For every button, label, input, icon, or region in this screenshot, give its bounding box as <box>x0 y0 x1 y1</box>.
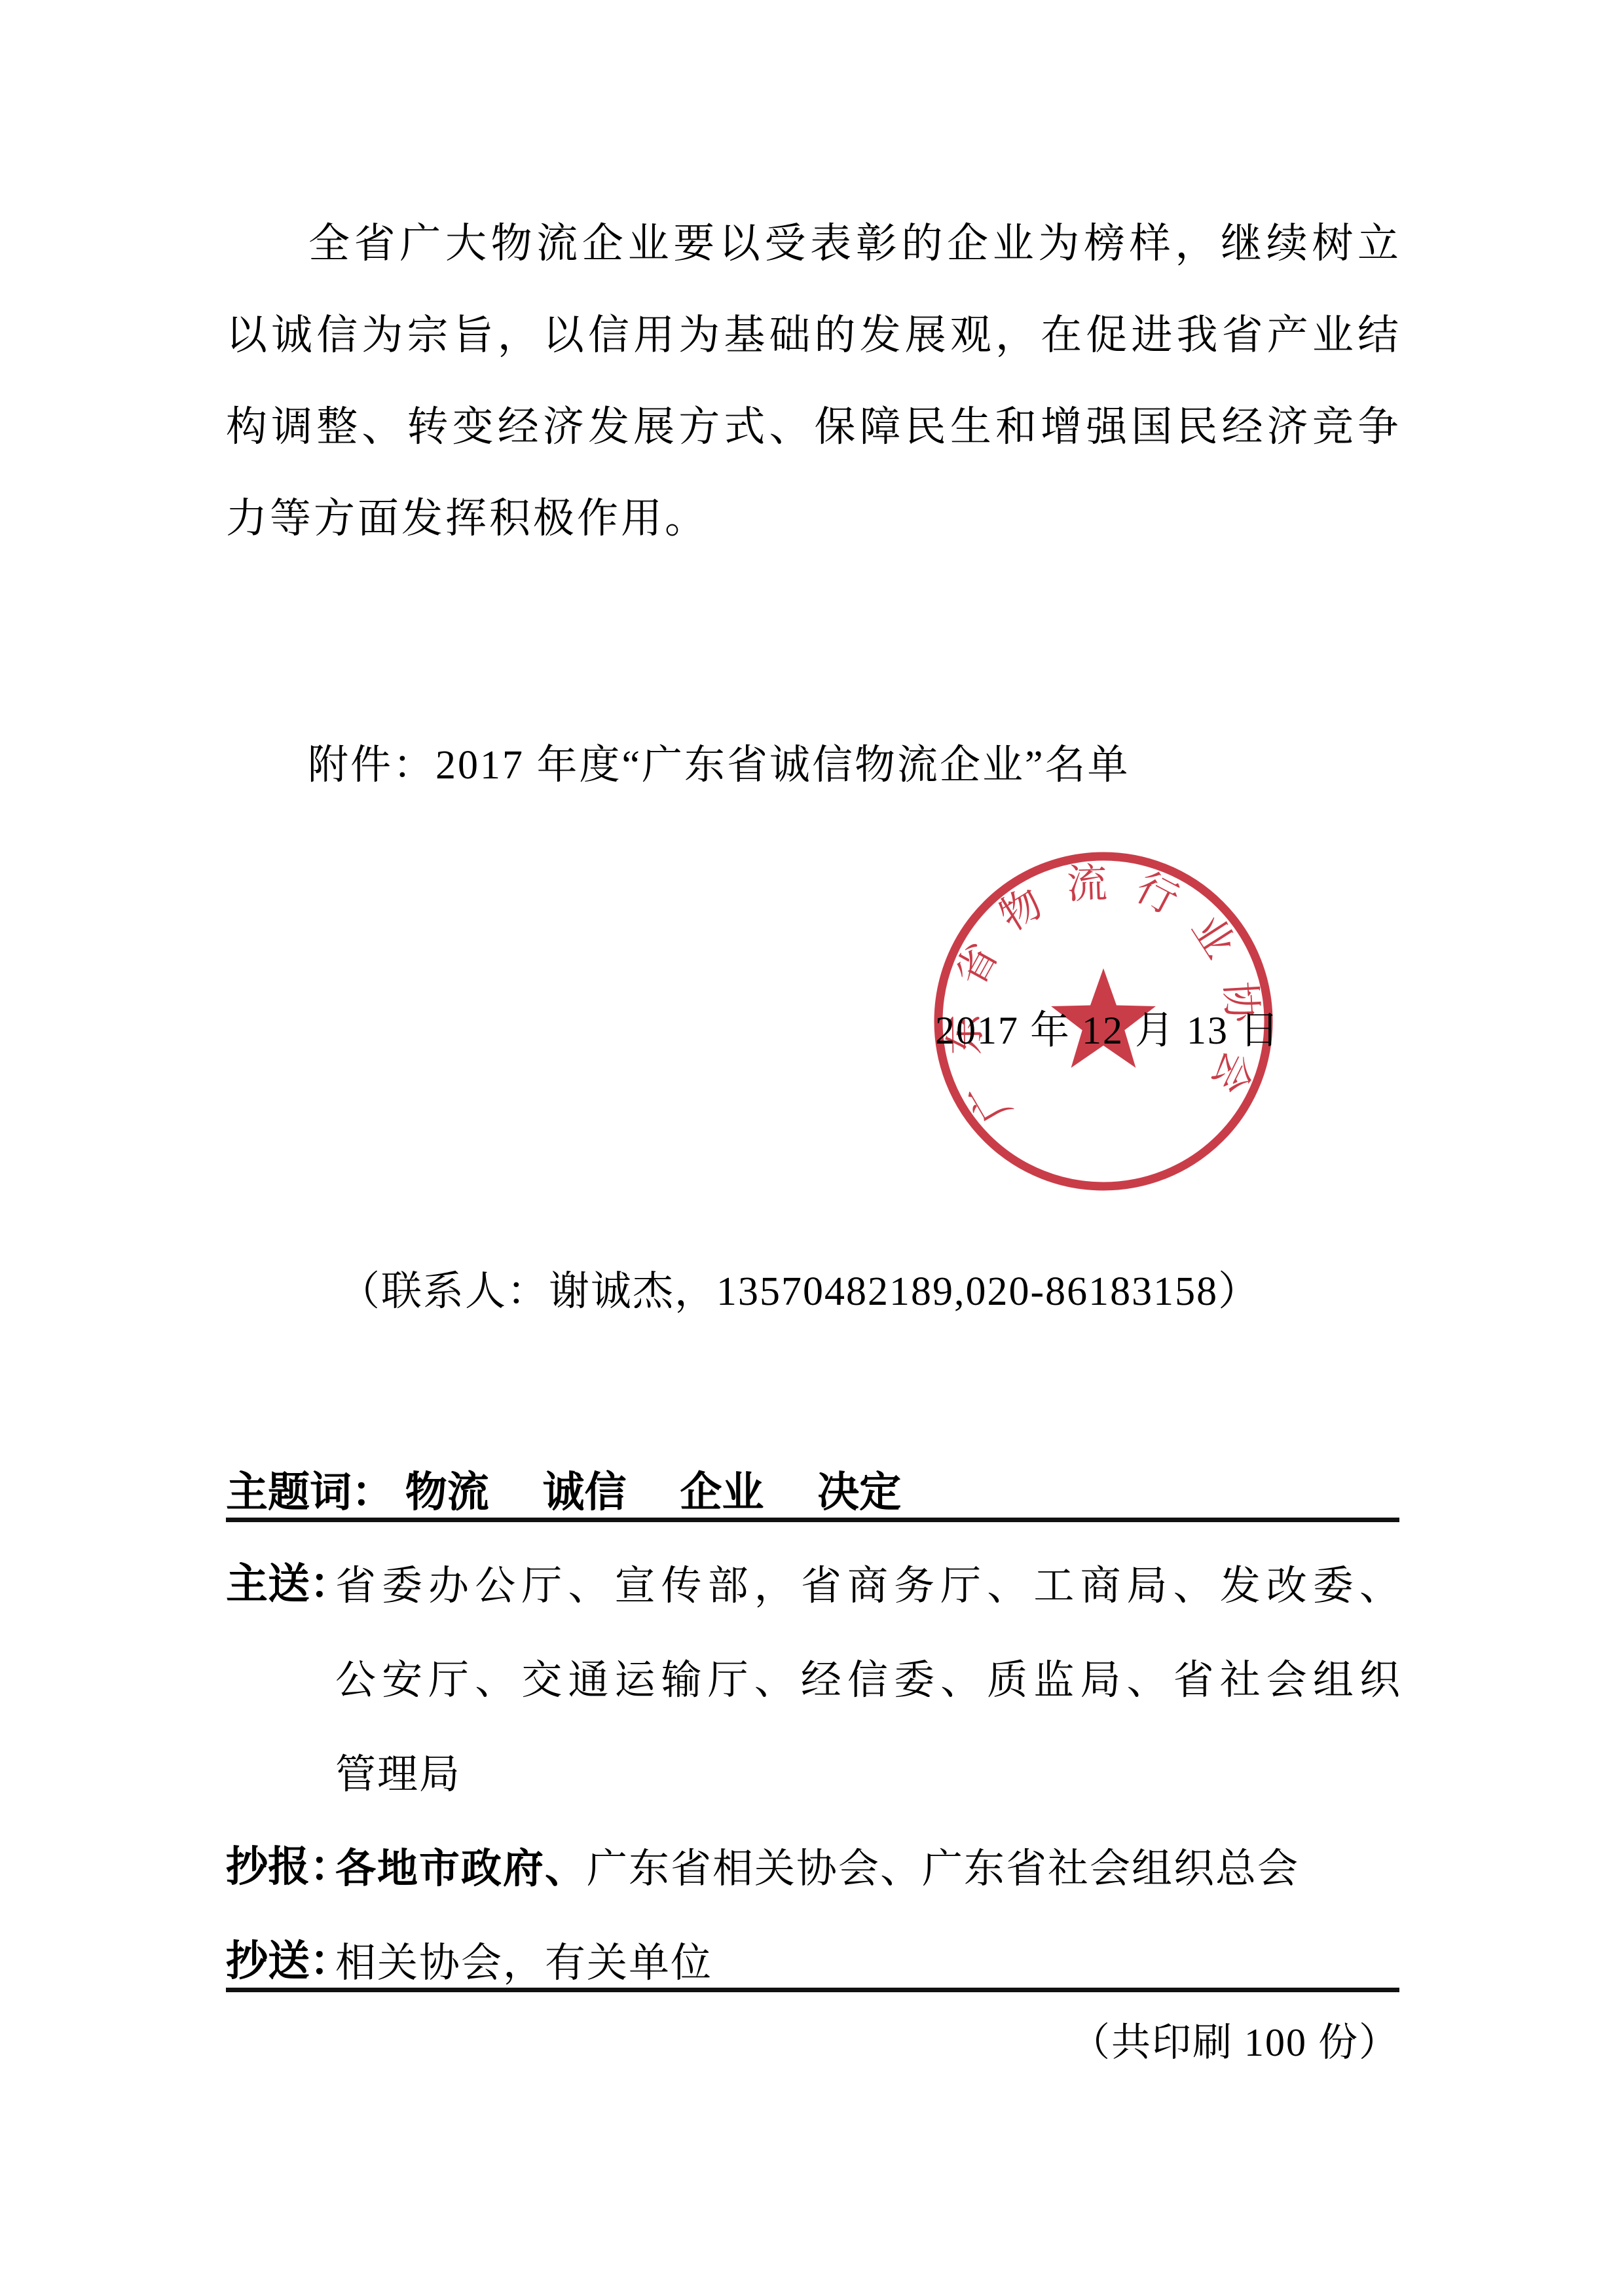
copy-send-label: 抄送： <box>226 1927 352 1988</box>
divider-rule-bottom <box>226 1988 1399 1992</box>
keyword-term: 物流 <box>405 1468 489 1516</box>
keyword-term: 企业 <box>680 1468 764 1516</box>
copy-report-line: 各地市政府、广东省相关协会、广东省社会组织总会 <box>335 1836 1401 1894</box>
copy-report-bold-part: 各地市政府、 <box>335 1846 587 1891</box>
copy-report-label: 抄报： <box>226 1833 352 1893</box>
paragraph-line-4: 力等方面发挥积极作用。 <box>226 493 1401 544</box>
paragraph-line-3: 构调整、转变经济发展方式、保障民生和增强国民经济竞争 <box>226 401 1401 452</box>
document-date: 2017 年 12 月 13 日 <box>935 999 1292 1055</box>
copy-report-regular-part: 广东省相关协会、广东省社会组织总会 <box>587 1847 1299 1891</box>
copy-send-line: 相关协会，有关单位 <box>335 1930 1401 1988</box>
main-send-line-3: 管理局 <box>335 1741 1401 1800</box>
official-document-page: 全省广大物流企业要以受表彰的企业为榜样，继续树立 以诚信为宗旨，以信用为基础的发… <box>0 0 1624 2296</box>
keyword-term: 诚信 <box>543 1468 627 1516</box>
divider-rule-top <box>226 1518 1399 1522</box>
main-send-line-1: 省委办公厅、宣传部，省商务厅、工商局、发改委、 <box>335 1553 1401 1611</box>
contact-line: （联系人：谢诚杰，13570482189,020-86183158） <box>339 1258 1260 1317</box>
paragraph-line-2: 以诚信为宗旨，以信用为基础的发展观，在促进我省产业结 <box>226 310 1401 361</box>
keywords-label: 主题词： <box>226 1468 394 1516</box>
keywords-row: 主题词： 物流 诚信 企业 决定 <box>226 1459 901 1519</box>
keyword-term: 决定 <box>817 1468 901 1516</box>
main-send-label: 主送： <box>226 1550 352 1611</box>
main-send-line-2: 公安厅、交通运输厅、经信委、质监局、省社会组织 <box>335 1647 1401 1705</box>
attachment-line: 附件：2017 年度“广东省诚信物流企业”名单 <box>308 732 1130 790</box>
paragraph-line-1: 全省广大物流企业要以受表彰的企业为榜样，继续树立 <box>226 218 1401 269</box>
print-count: （共印刷 100 份） <box>1071 2011 1399 2068</box>
